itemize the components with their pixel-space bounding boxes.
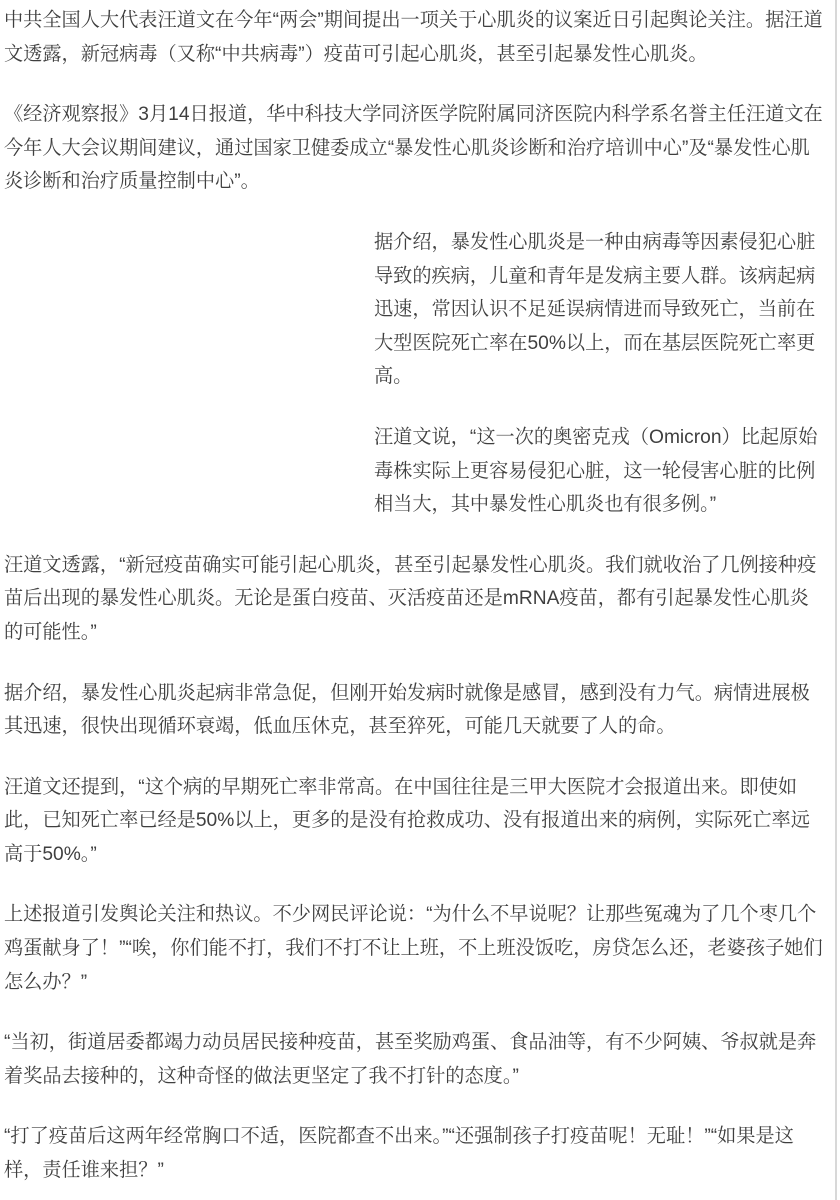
body-paragraph-4: 上述报道引发舆论关注和热议。不少网民评论说：“为什么不早说呢？让那些冤魂为了几个… [4, 898, 824, 999]
body-paragraph-5: “当初，街道居委都竭力动员居民接种疫苗，甚至奖励鸡蛋、食品油等，有不少阿姨、爷叔… [4, 1026, 824, 1093]
body-paragraph-2: 据介绍，暴发性心肌炎起病非常急促，但刚开始发病时就像是感冒，感到没有力气。病情进… [4, 677, 824, 744]
image-placeholder [4, 226, 370, 526]
body-paragraph-6: “打了疫苗后这两年经常胸口不适，医院都查不出来。”“还强制孩子打疫苗呢！无耻！”… [4, 1120, 824, 1187]
image-text-section: 据介绍，暴发性心肌炎是一种由病毒等因素侵犯心脏导致的疾病，儿童和青年是发病主要人… [4, 226, 824, 549]
intro-paragraph-1: 中共全国人大代表汪道文在今年“两会”期间提出一项关于心肌炎的议案近日引起舆论关注… [4, 4, 824, 71]
scrollbar[interactable] [835, 0, 837, 1200]
article-body: 中共全国人大代表汪道文在今年“两会”期间提出一项关于心肌炎的议案近日引起舆论关注… [0, 0, 832, 1188]
body-paragraph-3: 汪道文还提到，“这个病的早期死亡率非常高。在中国往往是三甲大医院才会报道出来。即… [4, 771, 824, 872]
intro-paragraph-2: 《经济观察报》3月14日报道，华中科技大学同济医学院附属同济医院内科学系名誉主任… [4, 98, 824, 199]
body-paragraph-1: 汪道文透露，“新冠疫苗确实可能引起心肌炎，甚至引起暴发性心肌炎。我们就收治了几例… [4, 549, 824, 650]
